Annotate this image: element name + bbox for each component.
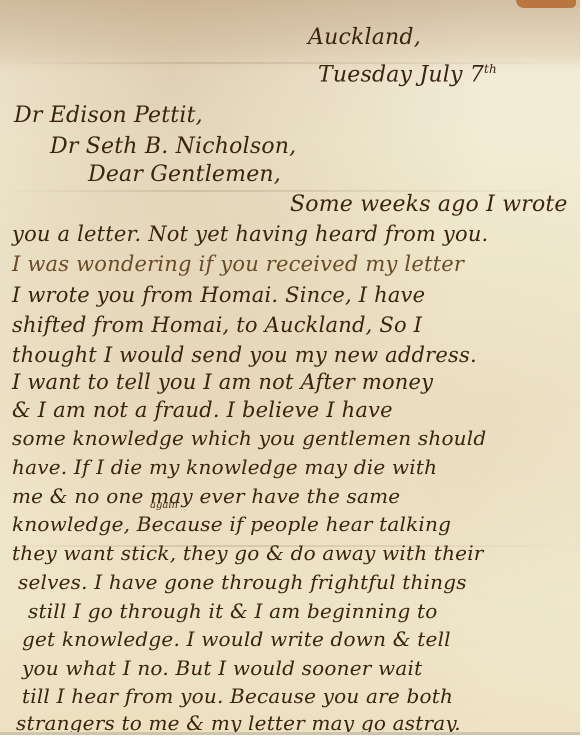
body-line: I want to tell you I am not After money	[12, 370, 433, 394]
body-line: have. If I die my knowledge may die with	[12, 455, 437, 479]
recipient-1: Dr Edison Pettit,	[14, 103, 203, 128]
torn-corner	[516, 0, 576, 8]
greeting: Dear Gentlemen,	[88, 162, 281, 187]
body-line: & I am not a fraud. I believe I have	[12, 398, 393, 422]
body-line: you a letter. Not yet having heard from …	[12, 222, 488, 246]
letter-date: Tuesday July 7th	[318, 62, 497, 87]
body-line: still I go through it & I am beginning t…	[28, 599, 438, 623]
body-line: you what I no. But I would sooner wait	[22, 656, 422, 680]
body-line: get knowledge. I would write down & tell	[22, 627, 451, 651]
inserted-word: again	[150, 500, 178, 511]
date-suffix: th	[484, 62, 497, 76]
body-line: shifted from Homai, to Auckland, So I	[12, 313, 422, 337]
body-line: thought I would send you my new address.	[12, 343, 477, 367]
paper-stain	[0, 0, 580, 68]
letter-page: Auckland, Tuesday July 7th Dr Edison Pet…	[0, 0, 580, 735]
body-line: me & no one may ever have the same	[12, 484, 400, 508]
body-line: some knowledge which you gentlemen shoul…	[12, 426, 486, 450]
body-line: till I hear from you. Because you are bo…	[22, 684, 453, 708]
recipient-2: Dr Seth B. Nicholson,	[50, 134, 296, 159]
body-line: Some weeks ago I wrote	[290, 192, 568, 217]
paper-edge	[0, 732, 580, 735]
letter-place: Auckland,	[308, 25, 421, 50]
body-line: I was wondering if you received my lette…	[12, 252, 464, 276]
body-line: they want stick, they go & do away with …	[12, 541, 484, 565]
body-line: selves. I have gone through frightful th…	[18, 570, 467, 594]
body-line: I wrote you from Homai. Since, I have	[12, 283, 425, 307]
date-text: Tuesday July 7	[318, 62, 484, 87]
body-line: knowledge, Because if people hear talkin…	[12, 512, 451, 536]
